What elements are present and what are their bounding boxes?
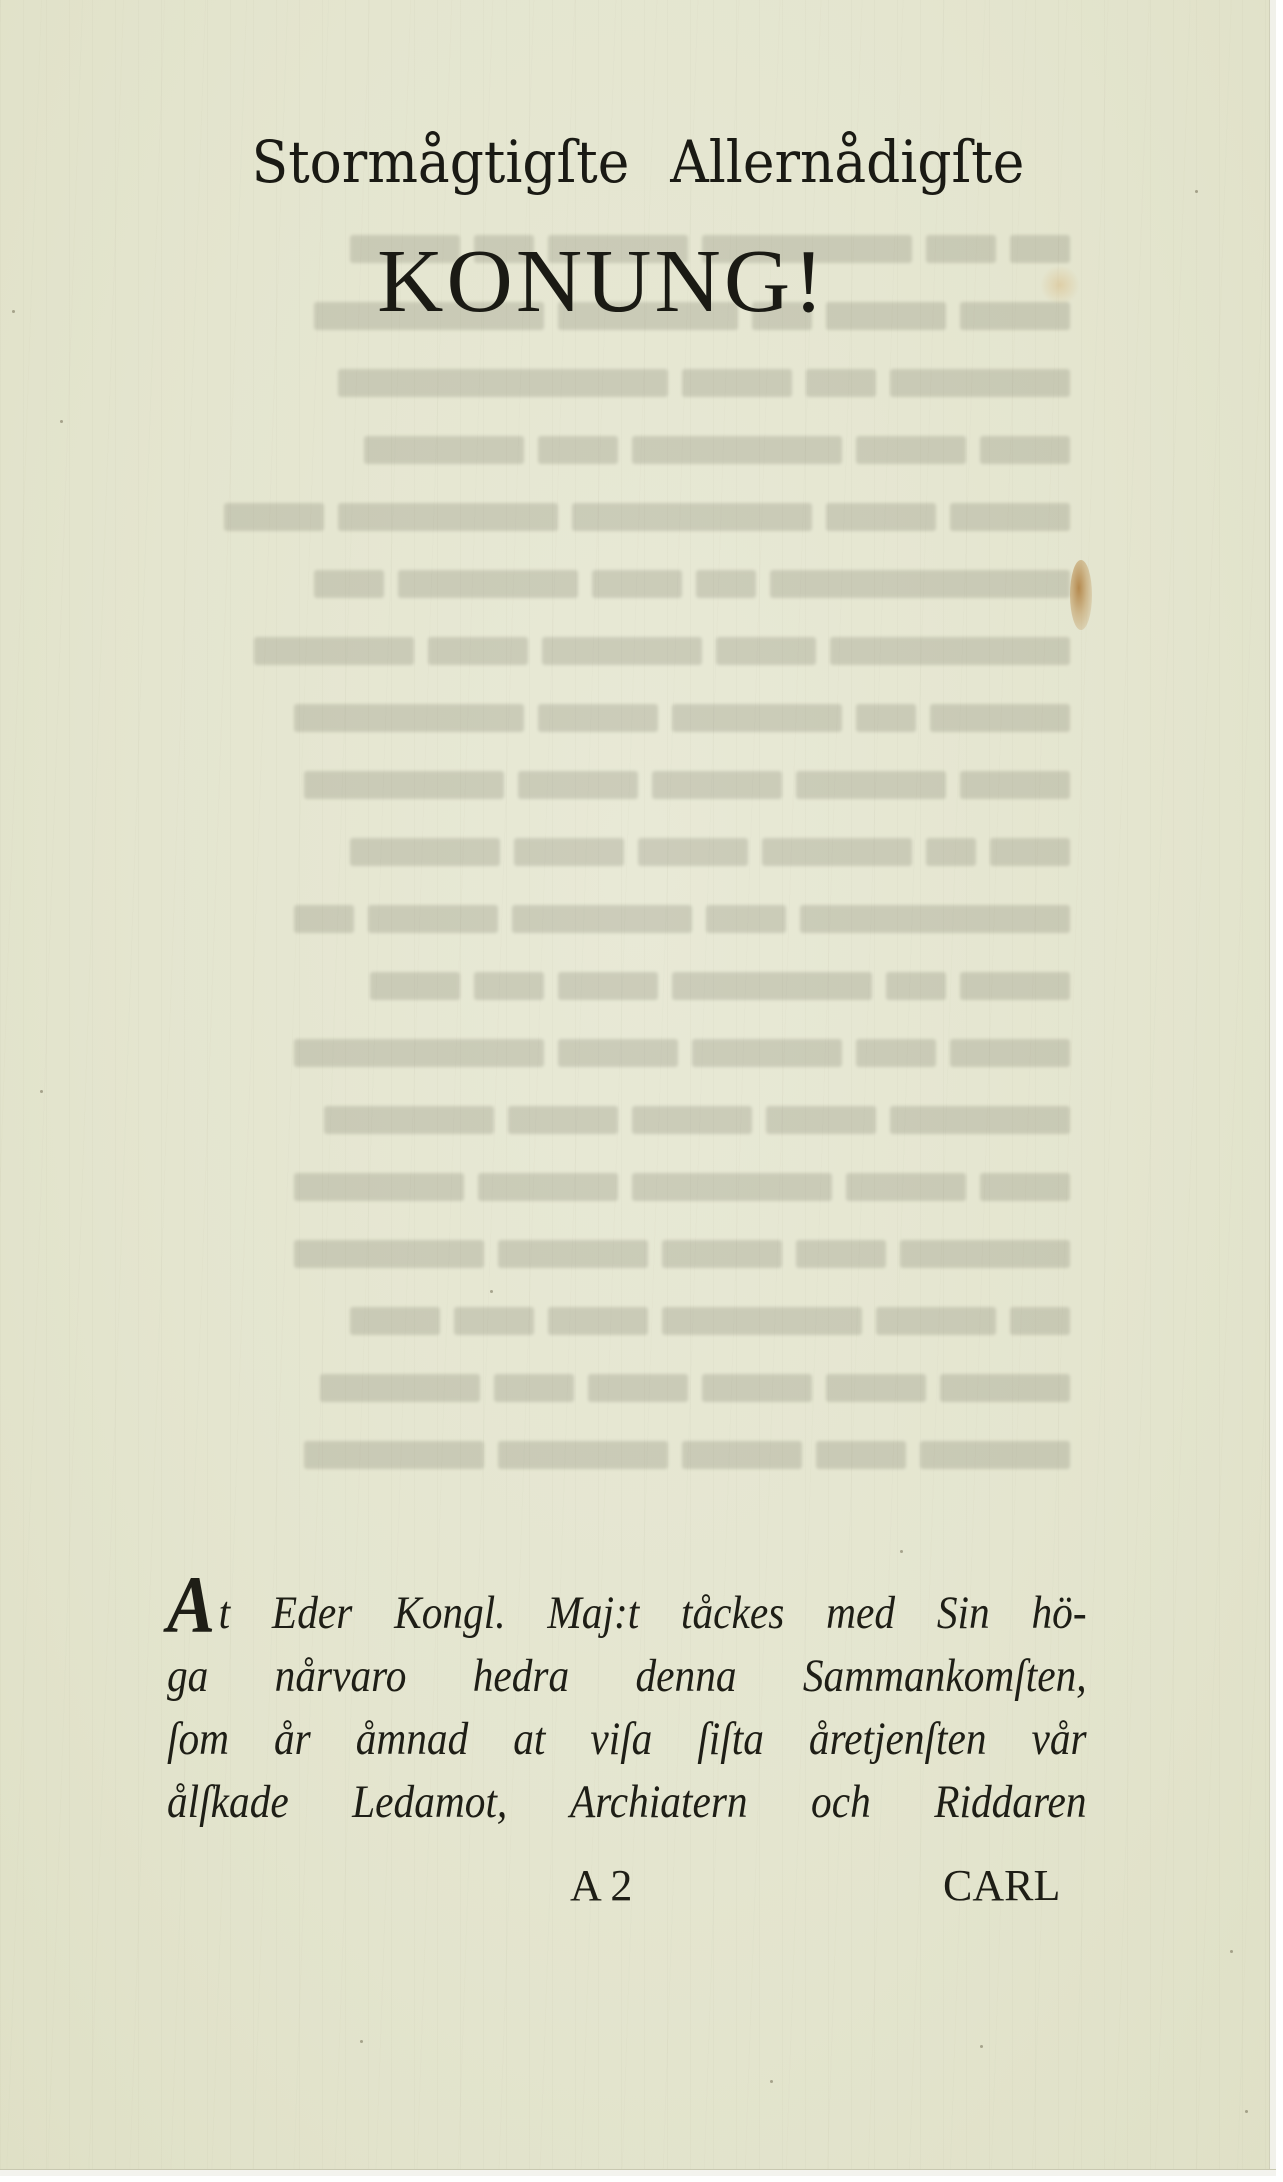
signature-mark: A 2 <box>570 1860 632 1911</box>
body-line-1-text: t Eder Kongl. Maj:t tåckes med Sin hö- <box>219 1587 1087 1639</box>
paper-stain <box>1070 560 1092 630</box>
scanned-page: Stormågtigſte Allernådigſte KONUNG! At E… <box>0 0 1276 2176</box>
page-edge-bottom <box>0 2169 1276 2176</box>
body-line-3: ſom år åmnad at viſa ſiſta åretjenſten v… <box>167 1708 1087 1771</box>
salutation-line-1: Stormågtigſte Allernådigſte <box>51 128 1225 196</box>
body-paragraph: At Eder Kongl. Maj:t tåckes med Sin hö- … <box>167 1580 1087 1834</box>
body-line-4: ålſkade Ledamot, Archiatern och Riddaren <box>167 1771 1087 1834</box>
body-line-1: At Eder Kongl. Maj:t tåckes med Sin hö- <box>167 1580 1087 1645</box>
bleed-through-texture <box>140 215 1070 1555</box>
drop-cap: A <box>167 1559 215 1650</box>
salutation-line-2: KONUNG! <box>0 230 1253 333</box>
page-edge-right <box>1269 0 1276 2176</box>
catchword: CARL <box>943 1860 1060 1911</box>
body-line-2: ga nårvaro hedra denna Sammankomſten, <box>167 1645 1087 1708</box>
